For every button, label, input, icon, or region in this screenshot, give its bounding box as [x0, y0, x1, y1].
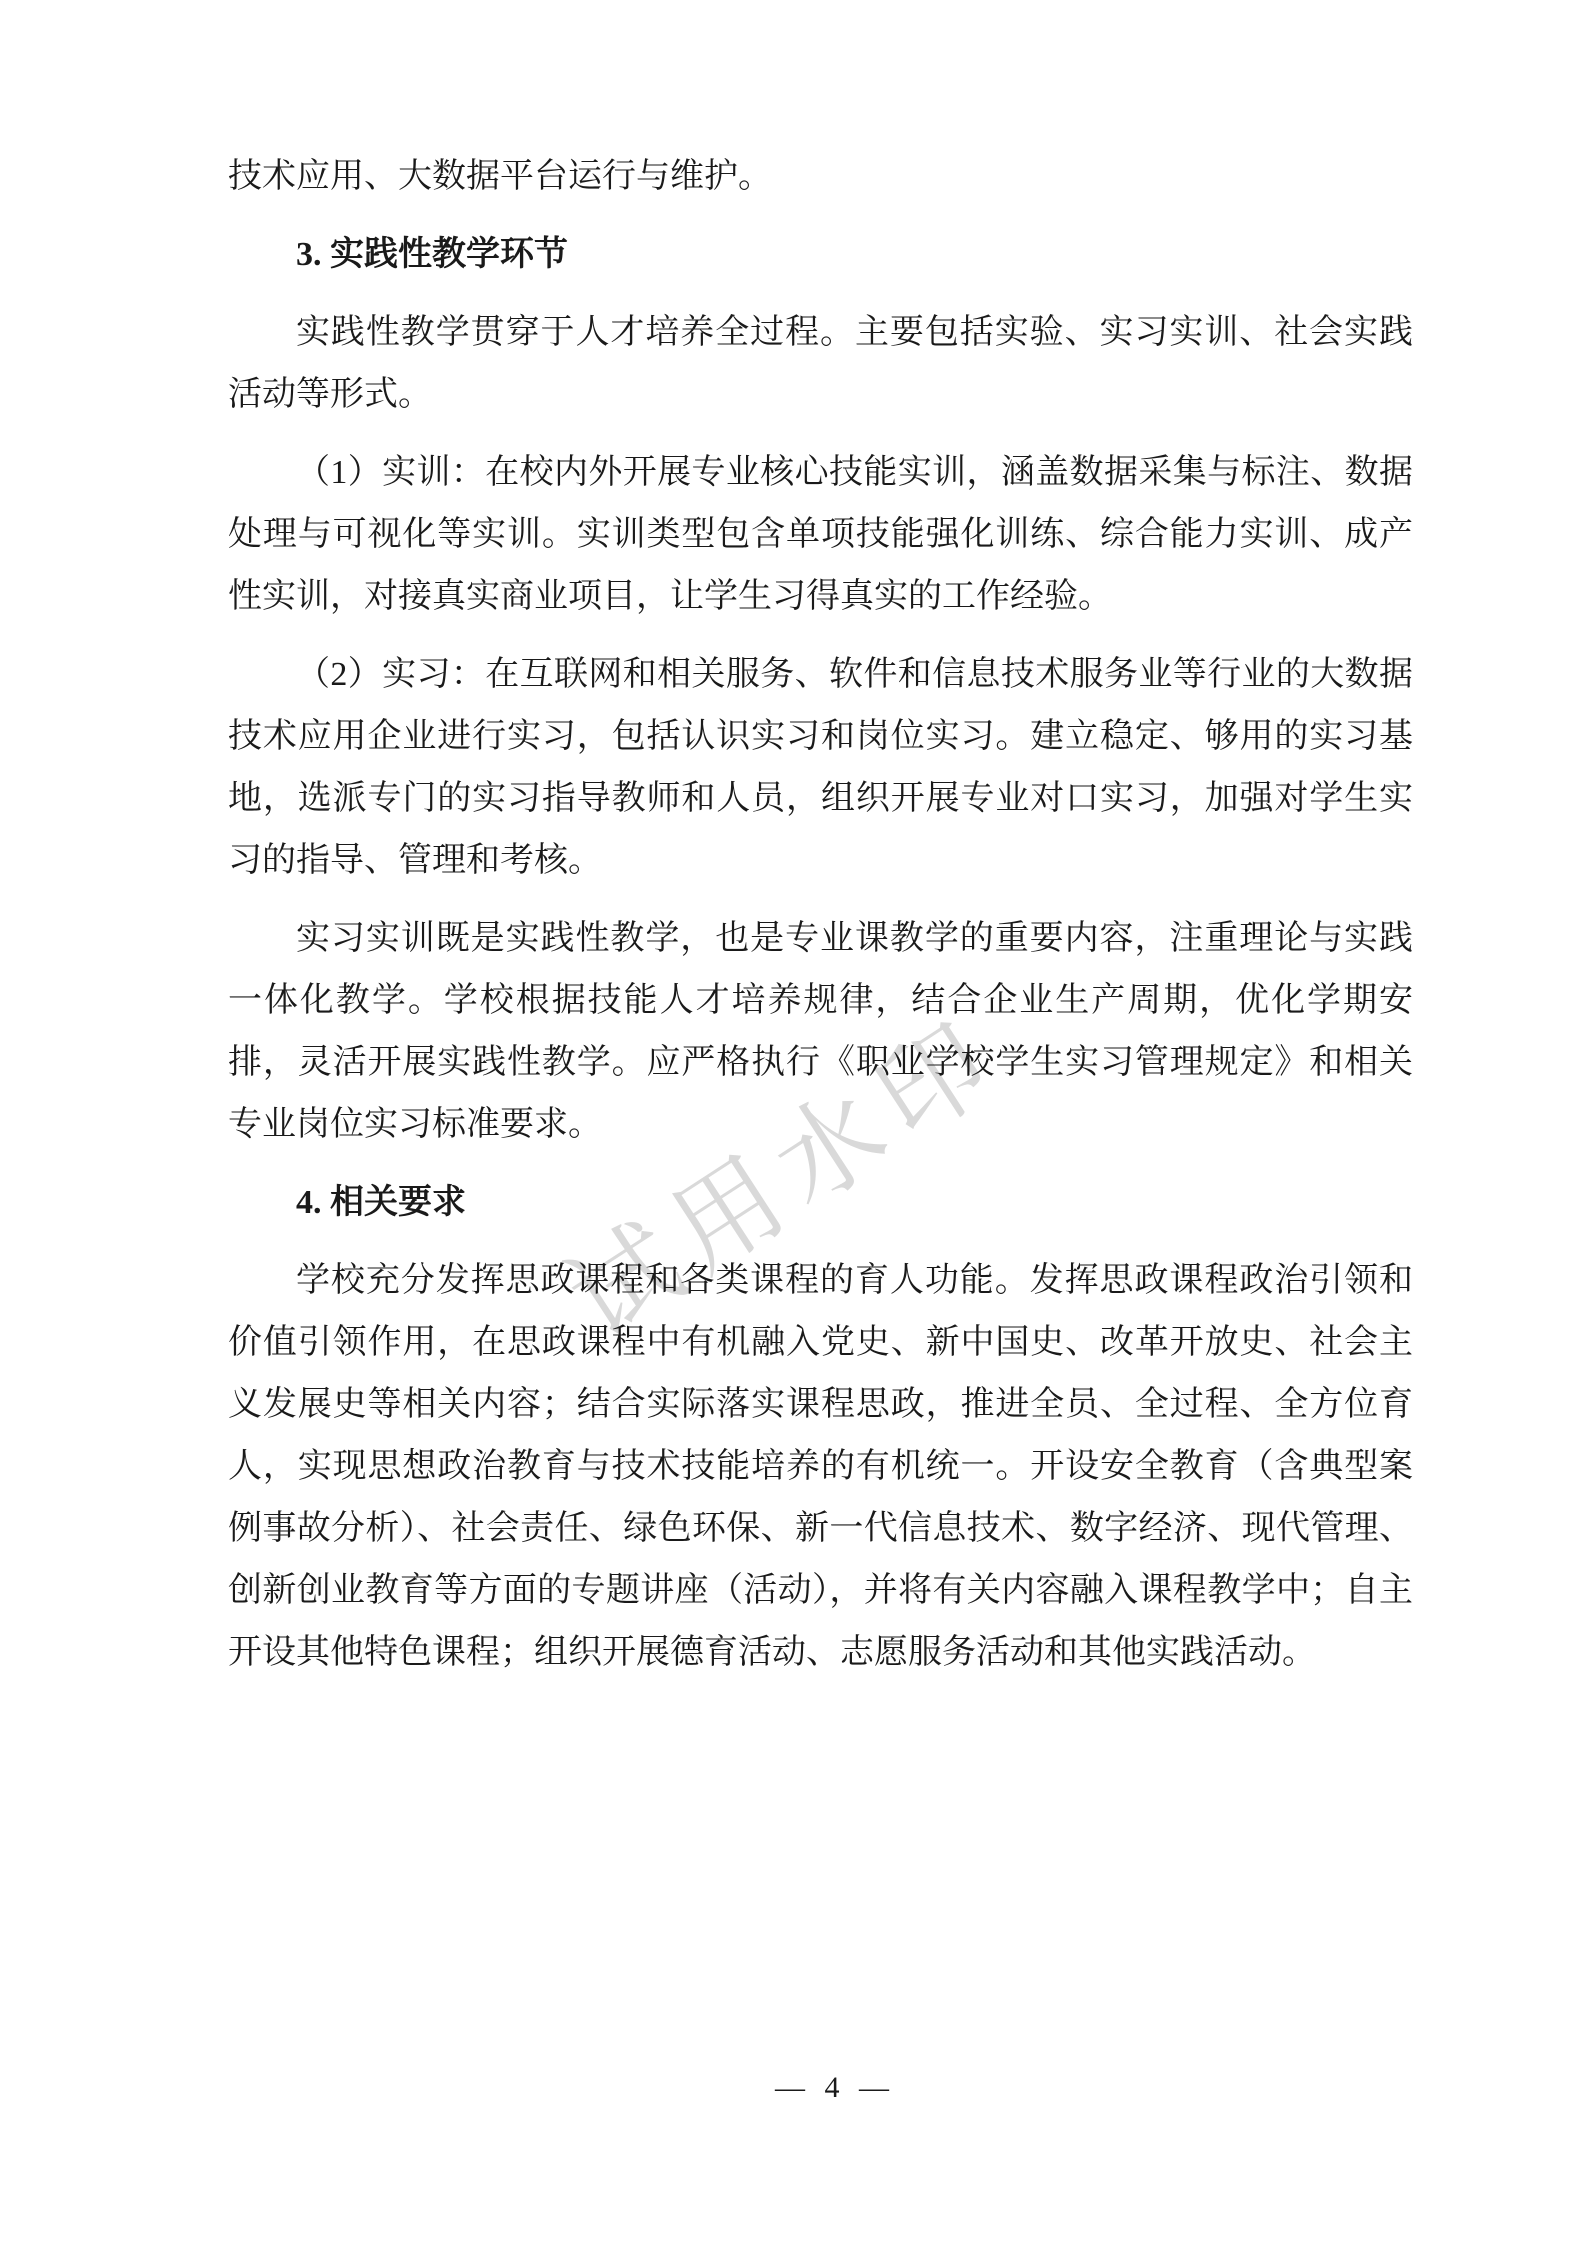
body-paragraph-continuation: 技术应用、大数据平台运行与维护。	[228, 146, 1413, 208]
body-paragraph: 实践性教学贯穿于人才培养全过程。主要包括实验、实习实训、社会实践活动等形式。	[228, 302, 1413, 426]
section-heading-4: 4. 相关要求	[228, 1172, 1413, 1234]
body-paragraph: 实习实训既是实践性教学，也是专业课教学的重要内容，注重理论与实践一体化教学。学校…	[228, 908, 1413, 1156]
document-page: 试用水印 技术应用、大数据平台运行与维护。 3. 实践性教学环节 实践性教学贯穿…	[0, 0, 1587, 2245]
section-heading-3: 3. 实践性教学环节	[228, 224, 1413, 286]
document-content: 技术应用、大数据平台运行与维护。 3. 实践性教学环节 实践性教学贯穿于人才培养…	[228, 146, 1413, 1700]
body-paragraph-item-1: （1）实训：在校内外开展专业核心技能实训，涵盖数据采集与标注、数据处理与可视化等…	[228, 442, 1413, 628]
page-number: — 4 —	[775, 2068, 895, 2108]
body-paragraph: 学校充分发挥思政课程和各类课程的育人功能。发挥思政课程政治引领和价值引领作用，在…	[228, 1250, 1413, 1684]
body-paragraph-item-2: （2）实习：在互联网和相关服务、软件和信息技术服务业等行业的大数据技术应用企业进…	[228, 644, 1413, 892]
